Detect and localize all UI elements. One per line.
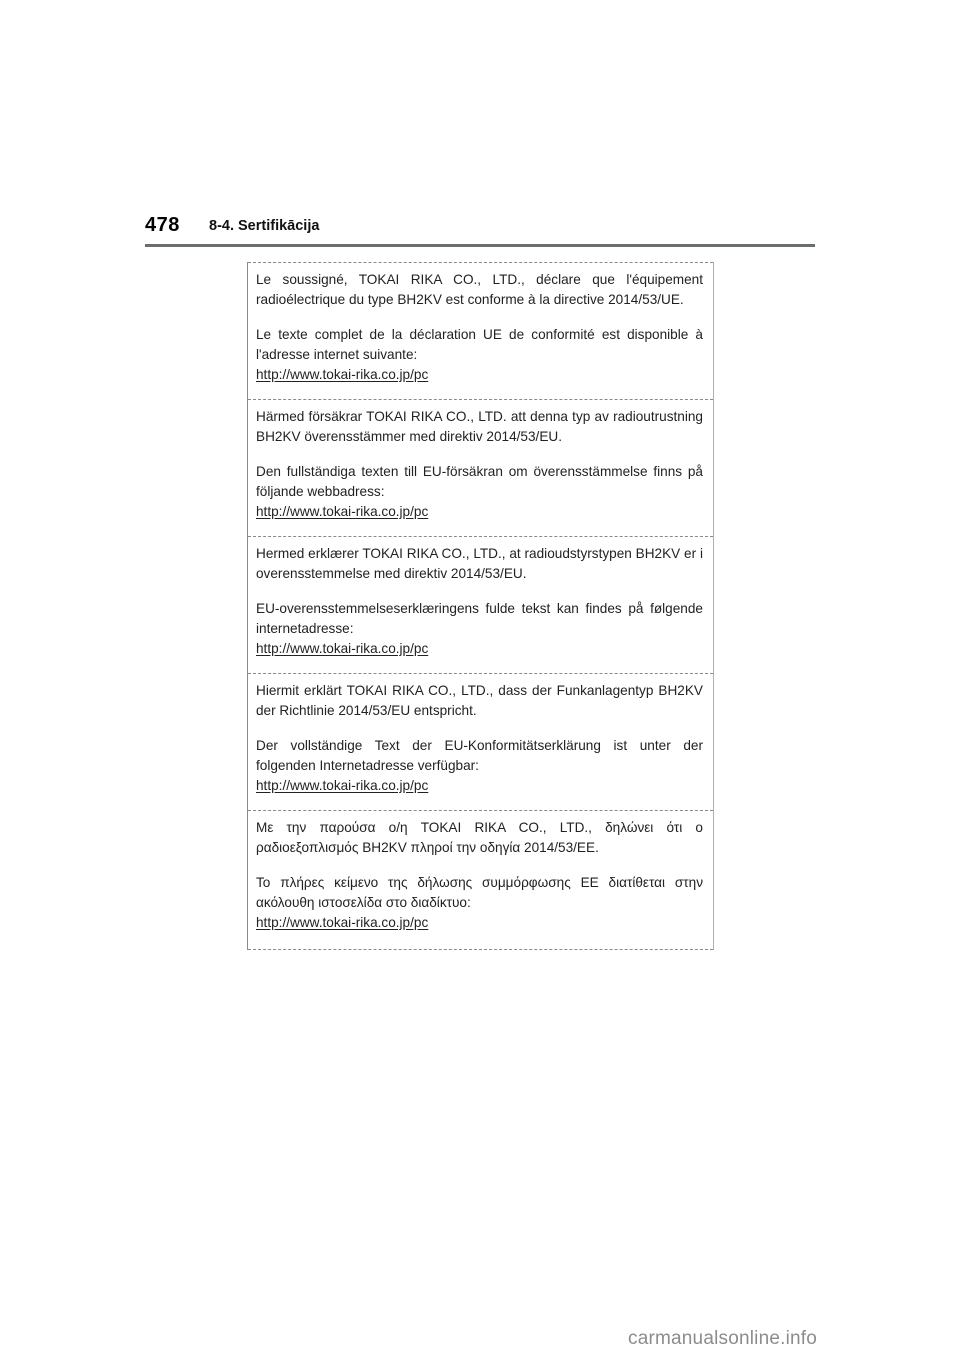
declaration-url-link[interactable]: http://www.tokai-rika.co.jp/pc [256,502,428,522]
page-header: 478 8-4. Sertifikācija [145,212,815,246]
declaration-text: Με την παρούσα ο/η TOKAI RIKA CO., LTD.,… [256,818,703,858]
watermark-text: carmanualsonline.info [628,1328,817,1350]
declaration-url-link[interactable]: http://www.tokai-rika.co.jp/pc [256,639,428,659]
cert-block-french: Le soussigné, TOKAI RIKA CO., LTD., décl… [248,262,713,399]
full-text-note: Le texte complet de la déclaration UE de… [256,325,703,365]
cert-block-danish: Hermed erklærer TOKAI RIKA CO., LTD., at… [248,536,713,673]
cert-block-swedish: Härmed försäkrar TOKAI RIKA CO., LTD. at… [248,399,713,536]
declaration-text: Le soussigné, TOKAI RIKA CO., LTD., décl… [256,270,703,310]
page-number: 478 [145,214,180,237]
cert-block-greek: Με την παρούσα ο/η TOKAI RIKA CO., LTD.,… [248,810,713,950]
declaration-text: Hermed erklærer TOKAI RIKA CO., LTD., at… [256,544,703,584]
declaration-url-link[interactable]: http://www.tokai-rika.co.jp/pc [256,365,428,385]
full-text-note: Den fullständiga texten till EU-försäkra… [256,462,703,502]
certification-box: Le soussigné, TOKAI RIKA CO., LTD., décl… [247,262,714,950]
header-divider [145,244,815,247]
declaration-url-link[interactable]: http://www.tokai-rika.co.jp/pc [256,776,428,796]
full-text-note: Το πλήρες κείμενο της δήλωσης συμμόρφωση… [256,873,703,913]
full-text-note: EU-overensstemmelseserklæringens fulde t… [256,599,703,639]
declaration-url-link[interactable]: http://www.tokai-rika.co.jp/pc [256,913,428,933]
declaration-text: Härmed försäkrar TOKAI RIKA CO., LTD. at… [256,407,703,447]
section-title: 8-4. Sertifikācija [209,218,319,234]
cert-block-german: Hiermit erklärt TOKAI RIKA CO., LTD., da… [248,673,713,810]
declaration-text: Hiermit erklärt TOKAI RIKA CO., LTD., da… [256,681,703,721]
full-text-note: Der vollständige Text der EU-Konformität… [256,736,703,776]
